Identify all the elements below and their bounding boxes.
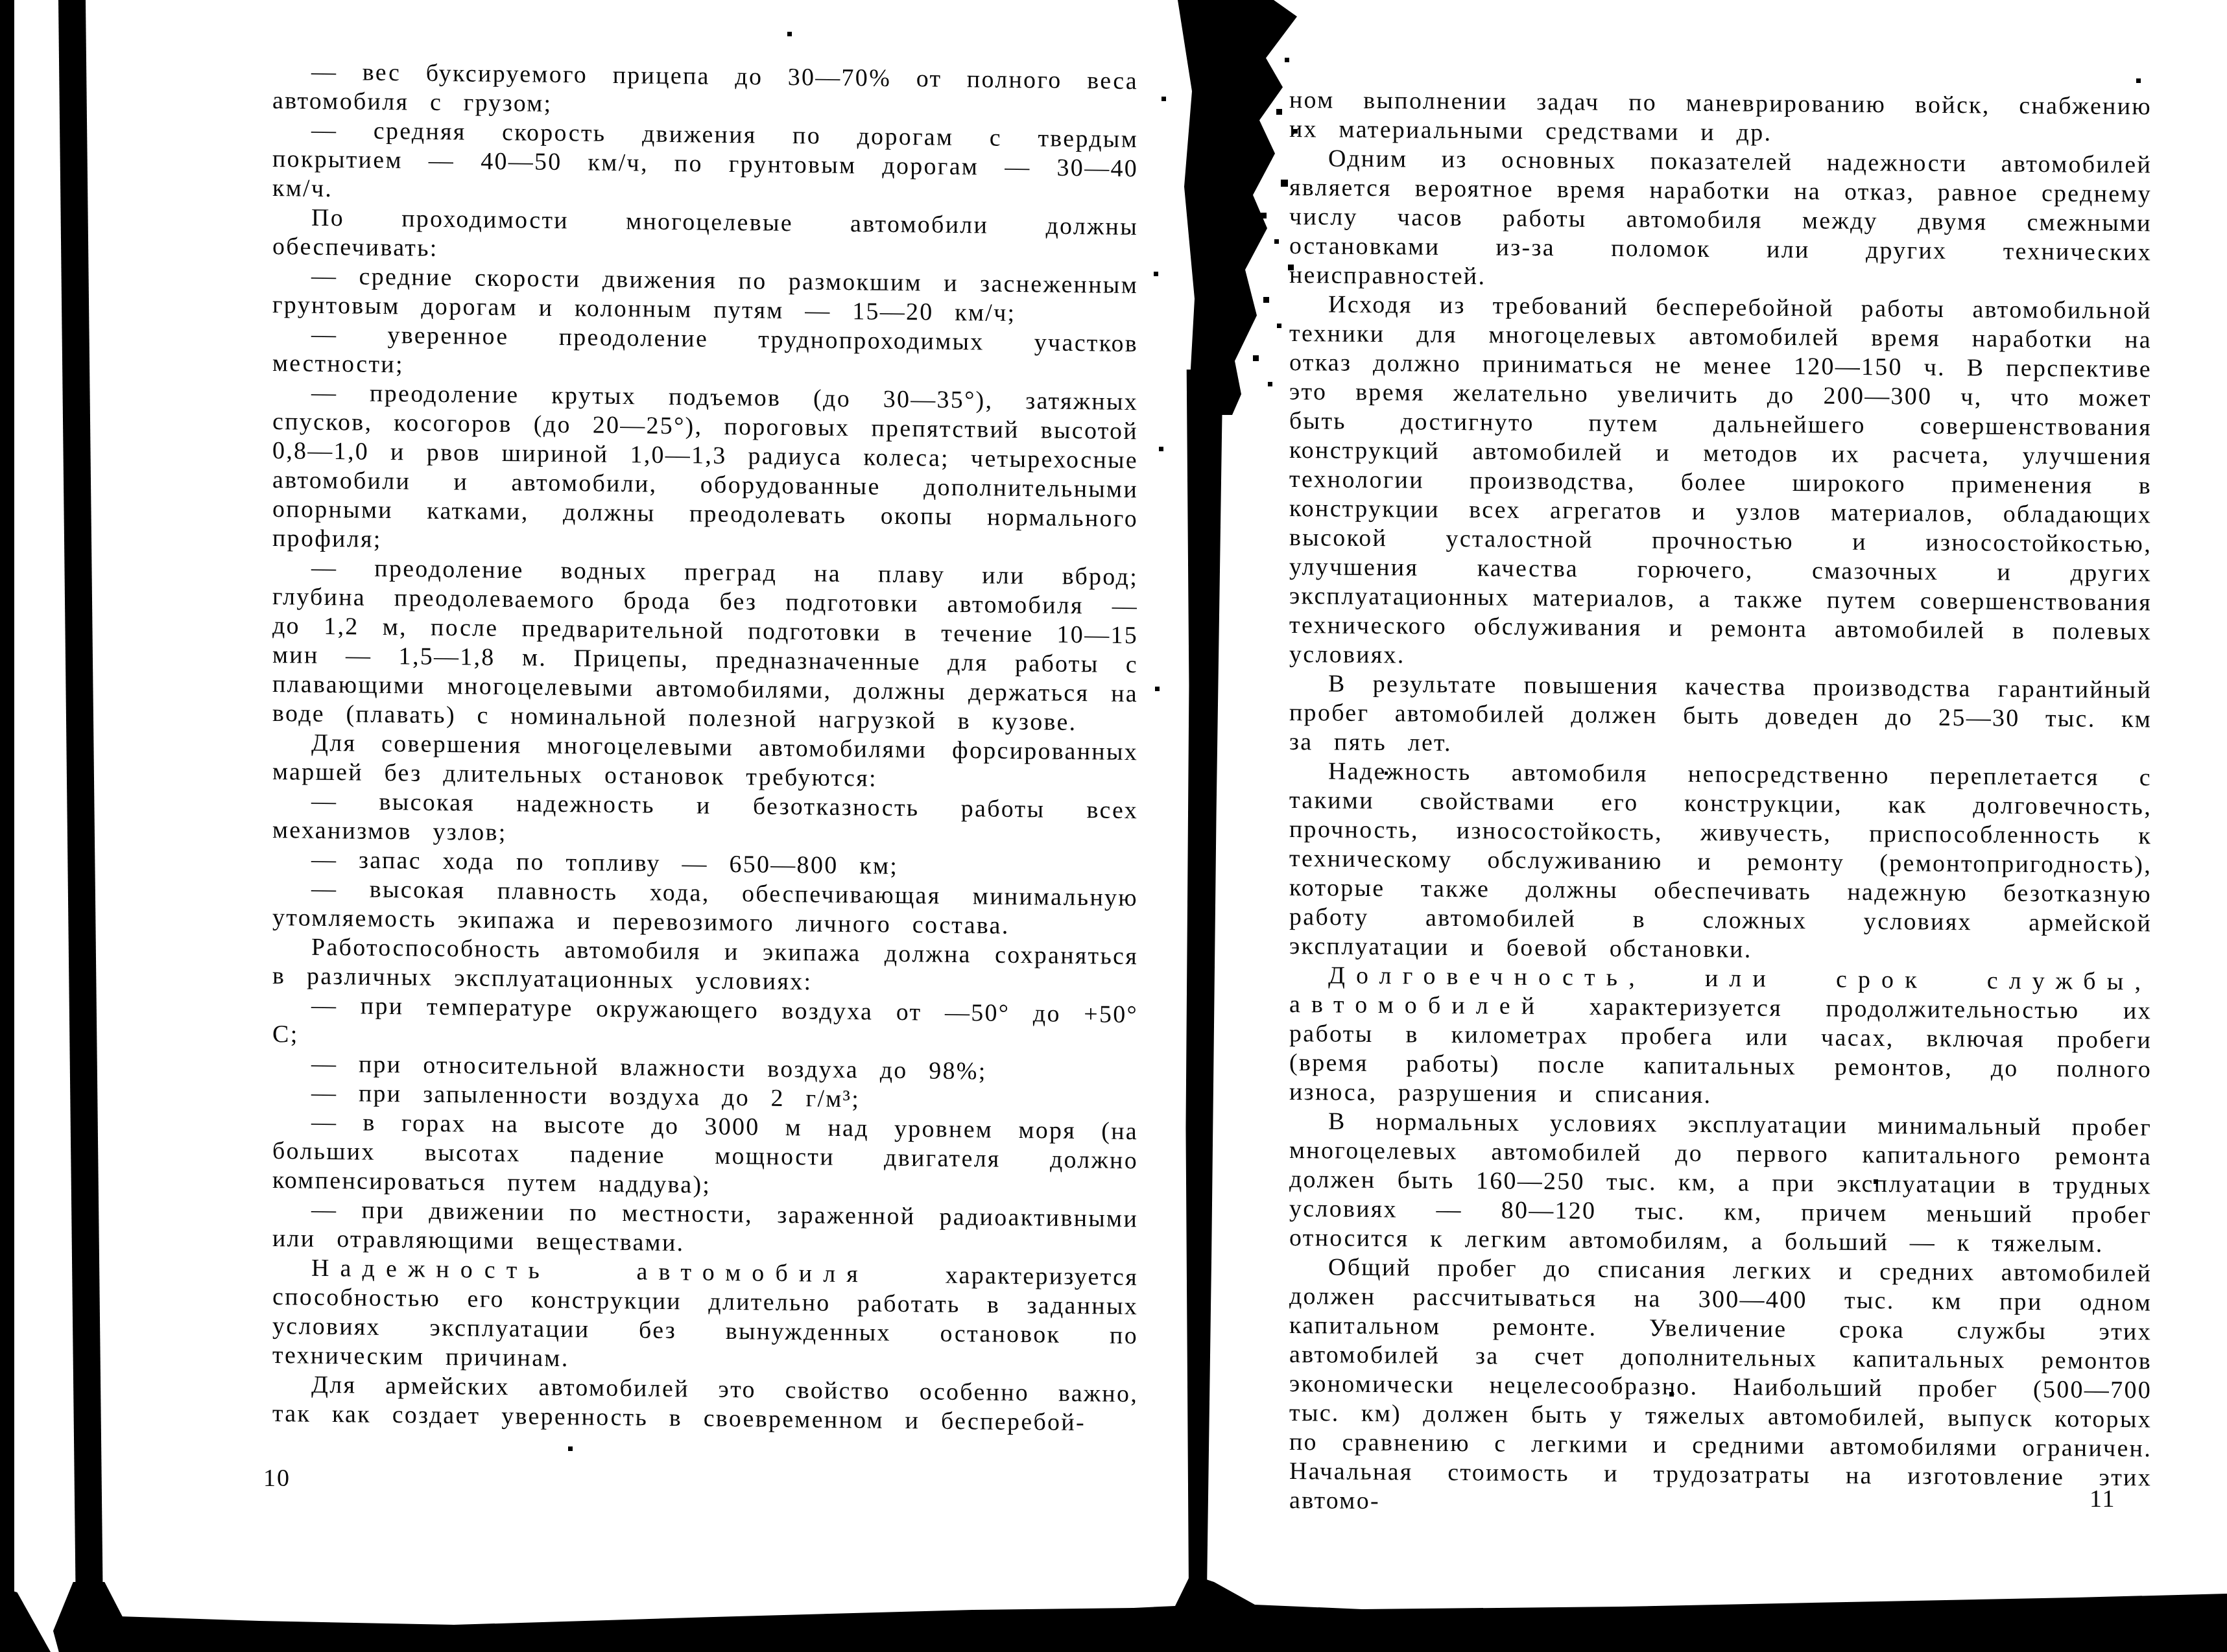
paragraph: — при движении по местности, зараженной … xyxy=(272,1195,1138,1263)
paragraph: — уверенное преодоление труднопроходимых… xyxy=(272,320,1138,388)
gutter-shadow-top xyxy=(1167,0,1297,415)
paragraph: Исходя из требований бесперебойной работ… xyxy=(1289,290,2152,676)
left-page-text-column: — вес буксируемого прицепа до 30—70% от … xyxy=(272,57,1138,1438)
page-number-left: 10 xyxy=(263,1464,291,1493)
letterspaced-term: Долговечность, или срок службы, автомоби… xyxy=(1289,962,2152,1020)
paragraph: По проходимости многоцелевые автомобили … xyxy=(272,203,1138,271)
paragraph: Для армейских автомобилей это свойство о… xyxy=(272,1370,1138,1438)
paragraph: — средняя скорость движения по дорогам с… xyxy=(272,115,1138,213)
right-page-text-column: ном выполнении задач по маневрированию в… xyxy=(1289,86,2152,1522)
paragraph: Общий пробег до списания легких и средни… xyxy=(1289,1253,2152,1522)
paragraph: — вес буксируемого прицепа до 30—70% от … xyxy=(272,57,1138,125)
paragraph: Долговечность, или срок службы, автомоби… xyxy=(1289,961,2152,1113)
paragraph: Для совершения многоцелевыми автомобилям… xyxy=(272,728,1138,796)
scan-border-left-inner xyxy=(58,0,104,1652)
scanned-book-spread: { "colors": {"paper": "#ffffff", "ink": … xyxy=(0,0,2227,1652)
gutter-shadow-bar xyxy=(1184,370,1224,1634)
paragraph: В нормальных условиях эксплуатации миним… xyxy=(1289,1107,2152,1259)
page-number-right: 11 xyxy=(2090,1485,2116,1513)
paragraph: — преодоление крутых подъемов (до 30—35°… xyxy=(272,378,1138,563)
paragraph: — высокая плавность хода, обеспечивающая… xyxy=(272,874,1138,942)
paragraph: — высокая надежность и безотказность раб… xyxy=(272,786,1138,855)
paragraph: ном выполнении задач по маневрированию в… xyxy=(1289,86,2152,150)
paragraph: Надежность автомобиля характеризуется сп… xyxy=(272,1253,1138,1380)
gutter-noise-speckles xyxy=(1258,19,1261,23)
paragraph: — преодоление водных преград на плаву ил… xyxy=(272,553,1138,738)
paragraph: Работоспособность автомобиля и экипажа д… xyxy=(272,932,1138,1000)
letterspaced-term: Надежность автомобиля xyxy=(311,1255,869,1288)
scan-border-bottom xyxy=(0,1569,2227,1652)
scan-corner-smudge xyxy=(0,1587,51,1652)
paragraph: — при температуре окружающего воздуха от… xyxy=(272,991,1138,1059)
paragraph: В результате повышения качества производ… xyxy=(1289,669,2152,763)
paragraph: Одним из основных показателей надежности… xyxy=(1289,144,2152,296)
paragraph: — в горах на высоте до 3000 м над уровне… xyxy=(272,1107,1138,1205)
paragraph: Надежность автомобиля непосредственно пе… xyxy=(1289,757,2152,967)
page-dust-speckles xyxy=(1385,772,1388,775)
paragraph: — средние скорости движения по размокшим… xyxy=(272,261,1138,329)
scan-border-left-outer xyxy=(0,0,14,1652)
